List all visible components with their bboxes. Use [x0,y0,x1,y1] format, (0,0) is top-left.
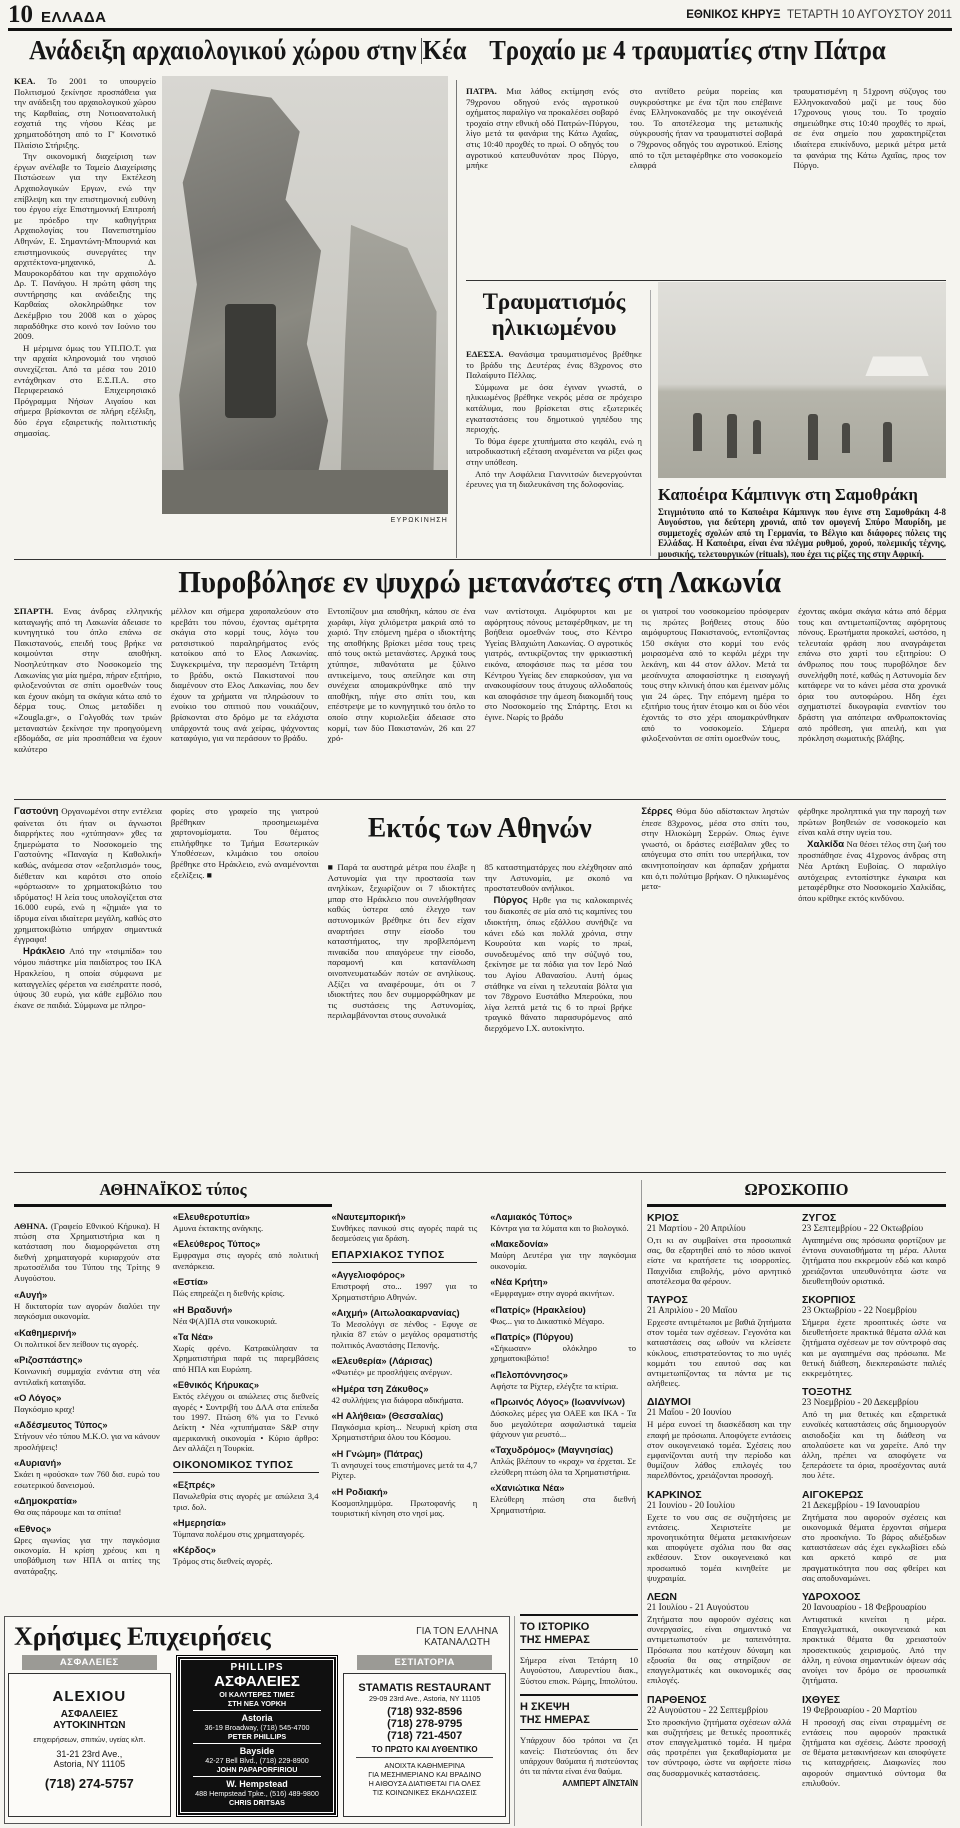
press-text: Παγκόσμιο κραχ! [14,1404,160,1414]
sign-text: Στο προσκήνιο ζητήματα σχέσεων αλλά και … [647,1717,791,1778]
regional-shorts: Εκτός των Αθηνών Γαστούνη Οργανωμένοι στ… [14,806,946,1168]
photo-credit: ΕΥΡΩΚΙΝΗΣΗ [162,517,448,524]
press-text: Παγκόσμια κρίση... Νευρική κρίση στα Χρη… [332,1422,478,1443]
ads-title-row: Χρήσιμες Επιχειρήσεις ΓΙΑ ΤΟΝ ΕΛΛΗΝΑ ΚΑΤ… [8,1619,506,1655]
press-name: «Πελοπόννησος» [490,1370,636,1381]
press-name: «Ναυτεμπορική» [332,1212,478,1223]
rule [14,1172,946,1173]
sign-text: Σήμερα έχετε προοπτικές ώστε να διευθετή… [802,1317,946,1378]
press-text: Κόντρα για τα λύματα και το βιολογικό. [490,1223,636,1233]
sign-text: Ερχεστε αντιμέτωποι με βαθιά ζητήματα στ… [647,1317,791,1388]
press-item: «Χανιώτικα Νέα»Ελεύθερη πτώση στα διεθνή… [490,1483,636,1515]
issue-date: ΤΕΤΑΡΤΗ 10 ΑΥΓΟΥΣΤΟΥ 2011 [787,9,952,21]
phillips-ad[interactable]: PHILLIPS ΑΣΦΑΛΕΙΕΣ ΟΙ ΚΑΛΥΤΕΡΕΣ ΤΙΜΕΣ ΣΤ… [176,1655,339,1817]
press-item: «Ελεύθερος Τύπος»Εμφραγμα στις αγορές απ… [173,1239,319,1271]
press-item: «Εστία»Πώς επηρεάζει η διεθνής κρίσις. [173,1277,319,1298]
classified-ads: Χρήσιμες Επιχειρήσεις ΓΙΑ ΤΟΝ ΕΛΛΗΝΑ ΚΑΤ… [4,1616,510,1824]
page-number: 10 [8,1,33,28]
advertiser-name: ALEXIOU [11,1688,168,1705]
person-silhouette [808,414,818,460]
press-item: «Ελευθερία» (Λάρισας)«Φωτιές» με προσλήψ… [332,1356,478,1377]
press-name: «Αδέσμευτος Τύπος» [14,1420,160,1431]
press-name: «Πατρίς» (Ηρακλείου) [490,1305,636,1316]
section-name: ΕΛΛΑΔΑ [41,9,106,26]
press-name: «Ελευθεροτυπία» [173,1212,319,1223]
press-text: Σκάει η «φούσκα» των 760 δισ. ευρώ του ε… [14,1469,160,1490]
sign-dates: 21 Μαΐου - 20 Ιουνίου [647,1408,791,1419]
horoscope-header: ΩΡΟΣΚΟΠΙΟ [647,1180,946,1207]
horoscope-sign: ΔΙΔΥΜΟΙ21 Μαΐου - 20 ΙουνίουΗ μέρα ευνοε… [647,1396,791,1480]
press-text: Εκτός ελέγχου οι απώλειες στις διεθνείς … [173,1391,319,1453]
sign-dates: 21 Μαρτίου - 20 Απριλίου [647,1224,791,1235]
kea-paragraph: Την οικονομική διαχείριση των έργων ανέλ… [14,151,156,342]
short-item: 85 καταστηματάρχες που ελέχθησαν από την… [484,862,632,894]
press-item: «Εθνος»Ωρες αγωνίας για την παγκόσμια οι… [14,1524,160,1577]
phone-number: (718) 721-4507 [346,1730,503,1742]
sign-name: ΖΥΓΟΣ [802,1212,946,1224]
press-column: «Λαμιακός Τύπος»Κόντρα για τα λύματα και… [490,1212,636,1610]
horoscope-sign: ΚΑΡΚΙΝΟΣ21 Ιουνίου - 20 ΙουλίουΕχετε το … [647,1489,791,1583]
edessa-paragraph: Το θύμα έφερε χτυπήματα στο κεφάλι, ενώ … [466,436,642,468]
short-item: Σέρρες Θύμα δύο αδίστακτων ληστών έπεσε … [641,806,789,892]
horoscope-sign: ΥΔΡΟΧΟΟΣ20 Ιανουαρίου - 18 ΦεβρουαρίουΑν… [802,1591,946,1685]
press-text: Κοινωνική συμμαχία ενάντια στη νέα αντιλ… [14,1366,160,1387]
patra-column: τραυματισμένη η 51χρονη σύζυγος του Ελλη… [793,86,946,276]
masthead: 10ΕΛΛΑΔΑ ΕΘΝΙΚΟΣ ΚΗΡΥΞ ΤΕΤΑΡΤΗ 10 ΑΥΓΟΥΣ… [8,2,952,28]
horoscope-sign: ΣΚΟΡΠΙΟΣ23 Οκτωβρίου - 22 ΝοεμβρίουΣήμερ… [802,1294,946,1378]
skepsi-text: Υπάρχουν δύο τρόποι να ζει κανείς: Πιστε… [520,1735,638,1777]
shorts-column: φέρθηκε προληπτικά για την παροχή των πρ… [798,806,946,1168]
press-name: «Εξπρές» [173,1480,319,1491]
sign-name: ΙΧΘΥΕΣ [802,1694,946,1706]
press-item: «Εθνικός Κήρυκας»Εκτός ελέγχου οι απώλει… [173,1380,319,1453]
horoscope: ΚΡΙΟΣ21 Μαρτίου - 20 ΑπριλίουΟ,τι κι αν … [647,1212,946,1826]
short-item: φορίες στο γραφείο της γιατρού βρέθηκαν … [171,806,319,880]
press-text: Πανωλεθρία στις αγορές με απώλεια 3,4 τρ… [173,1491,319,1512]
press-text: Στήνουν νέο τύπου Μ.Κ.Ο. για να κάνουν π… [14,1431,160,1452]
edessa-headline: Τραυματισμός ηλικιωμένου [466,289,642,341]
person-silhouette [883,422,892,462]
press-name: «Λαμιακός Τύπος» [490,1212,636,1223]
press-item: «Η Ροδιακή»Κοσμοπλημμύρα. Πρωτοφανής η τ… [332,1487,478,1519]
press-name: «Η Βραδυνή» [173,1305,319,1316]
kea-photo [162,76,448,514]
press-name: «Εθνος» [14,1524,160,1535]
press-name: «Αιχμή» (Αιτωλοακαρνανίας) [332,1308,478,1319]
press-name: «Ημέρα τση Ζάκυθος» [332,1384,478,1395]
masthead-right: ΕΘΝΙΚΟΣ ΚΗΡΥΞ ΤΕΤΑΡΤΗ 10 ΑΥΓΟΥΣΤΟΥ 2011 [686,2,952,28]
horoscope-sign: ΚΡΙΟΣ21 Μαρτίου - 20 ΑπριλίουΟ,τι κι αν … [647,1212,791,1286]
press-text: Πώς επηρεάζει η διεθνής κρίσις. [173,1288,319,1298]
sign-text: Ο,τι κι αν συμβαίνει στα προσωπικά σας, … [647,1235,791,1286]
sign-name: ΚΑΡΚΙΝΟΣ [647,1489,791,1501]
press-item: «Αυριανή»Σκάει η «φούσκα» των 760 δισ. ε… [14,1458,160,1490]
sign-text: Αγαπημένα σας πρόσωπα φορτίζουν με έντον… [802,1235,946,1286]
sign-name: ΛΕΩΝ [647,1591,791,1603]
short-item: Χαλκίδα Να θέσει τέλος στη ζωή του προσπ… [798,839,946,904]
restaurant-ad-column: ΕΣΤΙΑΤΟΡΙΑ STAMATIS RESTAURANT 29-09 23r… [343,1655,506,1817]
istoriko-title: ΤΟ ΙΣΤΟΡΙΚΟ ΤΗΣ ΗΜΕΡΑΣ [520,1621,638,1650]
press-name: «Χανιώτικα Νέα» [490,1483,636,1494]
istoriko-text: Σήμερα είναι Τετάρτη 10 Αυγούστου, Λαυρε… [520,1655,638,1686]
press-name: «Ελευθερία» (Λάρισας) [332,1356,478,1367]
press-text: Χωρίς φρένο. Κατρακύλησαν τα Χρηματιστήρ… [173,1343,319,1374]
press-item: «Καθημερινή»Οι πολιτικοί δεν πείθουν τις… [14,1328,160,1349]
paper-name: ΕΘΝΙΚΟΣ ΚΗΡΥΞ [686,9,780,21]
kea-article: ΚΕΑ. Το 2001 το υπουργείο Πολιτισμού ξεκ… [14,76,156,558]
skepsi-title: Η ΣΚΕΨΗ ΤΗΣ ΗΜΕΡΑΣ [520,1701,638,1730]
horoscope-sign: ΠΑΡΘΕΝΟΣ22 Αυγούστου - 22 ΣεπτεμβρίουΣτο… [647,1694,791,1778]
sign-text: Από τη μια θετικές και εξαιρετικά ευνοϊκ… [802,1409,946,1480]
press-name: «Ταχυδρόμος» (Μαγνησίας) [490,1445,636,1456]
press-name: «Πατρίς» (Πύργου) [490,1332,636,1343]
kea-headline: Ανάδειξη αρχαιολογικού χώρου στην Κέα [10,33,414,67]
press-text: Η δικτατορία των αγορών διαλύει την παγκ… [14,1301,160,1322]
samothraki-headline: Καποέιρα Κάμπινγκ στη Σαμοθράκη [658,485,946,505]
press-section-header: ΕΠΑΡΧΙΑΚΟΣ ΤΥΠΟΣ [332,1250,478,1263]
press-name: «Ο Λόγος» [14,1393,160,1404]
newspaper-page: 10ΕΛΛΑΔΑ ΕΘΝΙΚΟΣ ΚΗΡΥΞ ΤΕΤΑΡΤΗ 10 ΑΥΓΟΥΣ… [0,0,960,1828]
sign-dates: 22 Αυγούστου - 22 Σεπτεμβρίου [647,1706,791,1717]
press-text: Αφήστε τα Ρίχτερ, ελέγξτε τα κτίρια. [490,1381,636,1391]
press-item: «Μακεδονία»Μαύρη Δευτέρα για την παγκόσμ… [490,1239,636,1271]
sign-name: ΚΡΙΟΣ [647,1212,791,1224]
sign-dates: 21 Δεκεμβρίου - 19 Ιανουαρίου [802,1501,946,1512]
press-name: «Η Ροδιακή» [332,1487,478,1498]
sign-dates: 20 Ιανουαρίου - 18 Φεβρουαρίου [802,1603,946,1614]
ruins-shape [179,89,356,514]
press-text: Απλώς βλέπουν το «κραχ» να έρχεται. Σε ε… [490,1456,636,1477]
press-text: Οι πολιτικοί δεν πείθουν τις αγορές. [14,1339,160,1349]
phillips-ad-column: PHILLIPS ΑΣΦΑΛΕΙΕΣ ΟΙ ΚΑΛΥΤΕΡΕΣ ΤΙΜΕΣ ΣΤ… [176,1655,339,1817]
press-item: «Αγγελιοφόρος»Επιστροφή στο... 1997 για … [332,1270,478,1302]
shorts-column: Σέρρες Θύμα δύο αδίστακτων ληστών έπεσε … [641,806,789,1168]
person-silhouette [727,414,737,458]
lakonia-column: Εντοπίζουν μια αποθήκη, κάπου σε ένα χωρ… [328,606,476,796]
press-item: «Ο Λόγος»Παγκόσμιο κραχ! [14,1393,160,1414]
press-name: «Κέρδος» [173,1545,319,1556]
sign-name: ΤΟΞΟΤΗΣ [802,1386,946,1398]
person-silhouette [842,423,850,453]
press-text: Τι ανησυχεί τους επιστήμονες μετά τα 4,7… [332,1460,478,1481]
samothraki-caption: Στιγμιότυπο από το Καποέιρα Κάμπινγκ που… [658,507,946,559]
press-text: Κοσμοπλημμύρα. Πρωτοφανής η τουριστική κ… [332,1498,478,1519]
short-item: ■ Παρά τα αυστηρά μέτρα που έλαβε η Αστυ… [328,862,476,1021]
sign-dates: 23 Νοεμβρίου - 20 Δεκεμβρίου [802,1398,946,1409]
horoscope-sign: ΤΟΞΟΤΗΣ23 Νοεμβρίου - 20 ΔεκεμβρίουΑπό τ… [802,1386,946,1480]
press-text: Τρόμος στις διεθνείς αγορές. [173,1556,319,1566]
press-section-header: ΟΙΚΟΝΟΜΙΚΟΣ ΤΥΠΟΣ [173,1460,319,1473]
press-text: Το Μεσολόγγι σε πένθος - Εφυγε σε ηλικία… [332,1319,478,1350]
press-name: «Πρωινός Λόγος» (Ιωαννίνων) [490,1397,636,1408]
shorts-column: Γαστούνη Οργανωμένοι στην εντέλεια φαίνε… [14,806,162,1168]
person-silhouette [693,413,702,451]
rule [520,1614,638,1616]
sign-name: ΔΙΔΥΜΟΙ [647,1396,791,1408]
lakonia-column: οι γιατροί του νοσοκομείου πρόσφεραν τις… [641,606,789,796]
press-text: Θα σας πάρουμε και τα σπίτια! [14,1507,160,1517]
sign-dates: 23 Οκτωβρίου - 22 Νοεμβρίου [802,1306,946,1317]
lakonia-article: ΣΠΑΡΤΗ. Ενας άνδρας ελληνικής καταγωγής … [14,606,946,796]
press-text: 42 συλλήψεις για διάφορα αδικήματα. [332,1395,478,1405]
press-text: «Σήκωσαν» ολόκληρο το χρηματοκιβώτιο! [490,1343,636,1364]
press-item: «Πρωινός Λόγος» (Ιωαννίνων)Δύσκολες μέρε… [490,1397,636,1439]
sign-text: Η μέρα ευνοεί τη διασκέδαση και την επαφ… [647,1419,791,1480]
press-item: «Ταχυδρόμος» (Μαγνησίας)Απλώς βλέπουν το… [490,1445,636,1477]
press-name: «Η Γνώμη» (Πάτρας) [332,1449,478,1460]
press-text: Επιστροφή στο... 1997 για το Χρηματιστήρ… [332,1281,478,1302]
lakonia-headline: Πυροβόλησε εν ψυχρώ μετανάστες στη Λακων… [14,562,946,602]
photo-ground [162,470,448,514]
sign-text: Εχετε το νου σας σε συζητήσεις με εντάσε… [647,1512,791,1583]
rule [466,280,946,281]
press-item: «Η Αλήθεια» (Θεσσαλίας)Παγκόσμια κρίση..… [332,1411,478,1443]
ads-subtitle: ΓΙΑ ΤΟΝ ΕΛΛΗΝΑ ΚΑΤΑΝΑΛΩΤΗ [416,1626,506,1648]
press-text: Αμυνα έκτακτης ανάγκης. [173,1223,319,1233]
press-item: «Ημερησία»Τύμπανα πολέμου στις χρηματαγο… [173,1518,319,1539]
press-text: Νέα Φ(Α)ΠΑ στα νοικοκυριά. [173,1316,319,1326]
patra-article: ΠΑΤΡΑ. Μια λάθος εκτίμηση ενός 79χρονου … [466,86,946,276]
press-name: «Μακεδονία» [490,1239,636,1250]
kea-paragraph: Η μέριμνα όμως του ΥΠ.ΠΟ.Τ. για την αρχα… [14,343,156,438]
press-item: «Ριζοσπάστης»Κοινωνική συμμαχία ενάντια … [14,1355,160,1387]
patra-column: ΠΑΤΡΑ. Μια λάθος εκτίμηση ενός 79χρονου … [466,86,619,276]
press-item: «Κέρδος»Τρόμος στις διεθνείς αγορές. [173,1545,319,1566]
skepsi-attribution: ΑΛΜΠΕΡΤ ΑΪΝΣΤΑΪΝ [520,1779,638,1788]
press-name: «Αυγή» [14,1290,160,1301]
sign-dates: 21 Ιουλίου - 21 Αυγούστου [647,1603,791,1614]
section-divider [456,80,457,558]
horoscope-column: ΚΡΙΟΣ21 Μαρτίου - 20 ΑπριλίουΟ,τι κι αν … [647,1212,791,1826]
press-text: Τύμπανα πολέμου στις χρηματαγορές. [173,1529,319,1539]
press-item: «Πατρίς» (Ηρακλείου)Φως... για το Δικαστ… [490,1305,636,1326]
press-name: «Ελεύθερος Τύπος» [173,1239,319,1250]
press-name: «Αυριανή» [14,1458,160,1469]
press-text: Φως... για το Δικαστικό Μέγαρο. [490,1316,636,1326]
sign-name: ΠΑΡΘΕΝΟΣ [647,1694,791,1706]
press-text: «Εμφραγμα» στην αγορά ακινήτων. [490,1288,636,1298]
shorts-column: φορίες στο γραφείο της γιατρού βρέθηκαν … [171,806,319,1168]
press-item: «Ναυτεμπορική»Συνθήκες πανικού στις αγορ… [332,1212,478,1244]
press-name: «Τα Νέα» [173,1332,319,1343]
press-text: Ελεύθερη πτώση στα διεθνή Χρηματιστήρια. [490,1494,636,1515]
press-item: «Πελοπόννησος»Αφήστε τα Ρίχτερ, ελέγξτε … [490,1370,636,1391]
sign-name: ΣΚΟΡΠΙΟΣ [802,1294,946,1306]
press-name: «Η Αλήθεια» (Θεσσαλίας) [332,1411,478,1422]
masthead-rule [8,28,952,31]
press-item: «Τα Νέα»Χωρίς φρένο. Κατρακύλησαν τα Χρη… [173,1332,319,1374]
press-name: «Νέα Κρήτη» [490,1277,636,1288]
category-header: ΕΣΤΙΑΤΟΡΙΑ [357,1655,492,1670]
press-review: ΑΘΗΝΑ. (Γραφείο Εθνικού Κήρυκα). Η πτώση… [14,1212,636,1610]
press-text: «Φωτιές» με προσλήψεις ανέργων. [332,1367,478,1377]
divider [193,1710,322,1711]
sign-dates: 19 Φεβρουαρίου - 20 Μαρτίου [802,1706,946,1717]
press-item: «Η Γνώμη» (Πάτρας)Τι ανησυχεί τους επιστ… [332,1449,478,1481]
press-name: «Δημοκρατία» [14,1496,160,1507]
phone-number: (718) 274-5757 [11,1776,168,1791]
press-name: «Εθνικός Κήρυκας» [173,1380,319,1391]
patra-headline: Τροχαίο με 4 τραυματίες στην Πάτρα [428,33,948,67]
divider [356,1757,493,1758]
phone-number: (718) 932-8596 [346,1706,503,1718]
lakonia-column: έχοντας ακόμα σκάγια κάτω από δέρμα τους… [798,606,946,796]
press-column: «Ελευθεροτυπία»Αμυνα έκτακτης ανάγκης.«Ε… [173,1212,319,1610]
sign-name: ΥΔΡΟΧΟΟΣ [802,1591,946,1603]
lakonia-column: μέλλον και σήμερα χαροπαλεύουν στο κρεβά… [171,606,319,796]
press-name: «Ημερησία» [173,1518,319,1529]
press-horoscope-divider [641,1180,642,1826]
sign-text: Ζητήματα που αφορούν σχέσεις και οικονομ… [802,1512,946,1583]
press-name: «Εστία» [173,1277,319,1288]
press-name: «Ριζοσπάστης» [14,1355,160,1366]
ads-title: Χρήσιμες Επιχειρήσεις [8,1622,416,1652]
press-text: Συνθήκες πανικού στις αγορές παρά τις δε… [332,1223,478,1244]
sign-dates: 21 Απριλίου - 20 Μαΐου [647,1306,791,1317]
athens-press-header: ΑΘΗΝΑΪΚΟΣ τύπος [14,1180,332,1207]
press-item: «Η Βραδυνή»Νέα Φ(Α)ΠΑ στα νοικοκυριά. [173,1305,319,1326]
press-item: «Λαμιακός Τύπος»Κόντρα για τα λύματα και… [490,1212,636,1233]
sign-name: ΤΑΥΡΟΣ [647,1294,791,1306]
sign-text: Ζητήματα που αφορούν σχέσεις και συνεργα… [647,1614,791,1685]
horoscope-column: ΖΥΓΟΣ23 Σεπτεμβρίου - 22 ΟκτωβρίουΑγαπημ… [802,1212,946,1826]
press-item: «Εξπρές»Πανωλεθρία στις αγορές με απώλει… [173,1480,319,1512]
press-item: «Αδέσμευτος Τύπος»Στήνουν νέο τύπου Μ.Κ.… [14,1420,160,1452]
short-item: φέρθηκε προληπτικά για την παροχή των πρ… [798,806,946,838]
press-item: ΟΙΚΟΝΟΜΙΚΟΣ ΤΥΠΟΣ [173,1460,319,1473]
lakonia-column: νων αντίστοιχα. Αιμόφυρτοι και με αφόρητ… [484,606,632,796]
sign-dates: 21 Ιουνίου - 20 Ιουλίου [647,1501,791,1512]
istoriko-column: ΤΟ ΙΣΤΟΡΙΚΟ ΤΗΣ ΗΜΕΡΑΣ Σήμερα είναι Τετά… [520,1614,638,1826]
edessa-paragraph: ΕΔΕΣΣΑ. Θανάσιμα τραυματισμένος βρέθηκε … [466,349,642,381]
headline-divider [421,38,422,64]
press-column: «Ναυτεμπορική»Συνθήκες πανικού στις αγορ… [332,1212,478,1610]
divider [193,1743,322,1744]
press-name: «Αγγελιοφόρος» [332,1270,478,1281]
press-column: ΑΘΗΝΑ. (Γραφείο Εθνικού Κήρυκα). Η πτώση… [14,1212,160,1610]
phone-number: (718) 278-9795 [346,1718,503,1730]
edessa-article: Τραυματισμός ηλικιωμένου ΕΔΕΣΣΑ. Θανάσιμ… [466,287,642,558]
ads-divider [514,1616,515,1826]
sign-name: ΑΙΓΟΚΕΡΩΣ [802,1489,946,1501]
press-text: Δύσκολες μέρες για ΟΑΕΕ και ΙΚΑ - Τα δυο… [490,1408,636,1439]
press-item: «Δημοκρατία»Θα σας πάρουμε και τα σπίτια… [14,1496,160,1517]
press-item: «Νέα Κρήτη»«Εμφραγμα» στην αγορά ακινήτω… [490,1277,636,1298]
column-divider [650,290,651,556]
press-intro: ΑΘΗΝΑ. (Γραφείο Εθνικού Κήρυκα). Η πτώση… [14,1221,160,1283]
press-text: Μαύρη Δευτέρα για την παγκόσμια οικονομί… [490,1250,636,1271]
stamatis-ad[interactable]: STAMATIS RESTAURANT 29-09 23rd Ave., Ast… [343,1673,506,1817]
horoscope-sign: ΖΥΓΟΣ23 Σεπτεμβρίου - 22 ΟκτωβρίουΑγαπημ… [802,1212,946,1286]
sign-text: Η προσοχή σας είναι στραμμένη σε εντάσει… [802,1717,946,1788]
horoscope-sign: ΛΕΩΝ21 Ιουλίου - 21 ΑυγούστουΖητήματα πο… [647,1591,791,1685]
short-item: Γαστούνη Οργανωμένοι στην εντέλεια φαίνε… [14,806,162,945]
edessa-paragraph: Σύμφωνα με όσα έγιναν γνωστά, ο ηλικιωμέ… [466,382,642,435]
kea-paragraph: ΚΕΑ. Το 2001 το υπουργείο Πολιτισμού ξεκ… [14,76,156,150]
press-item: «Πατρίς» (Πύργου)«Σήκωσαν» ολόκληρο το χ… [490,1332,636,1364]
insurance-ad-column: ΑΣΦΑΛΕΙΕΣ ALEXIOU ΑΣΦΑΛΕΙΕΣ ΑΥΤΟΚΙΝΗΤΩΝ … [8,1655,171,1817]
horoscope-sign: ΙΧΘΥΕΣ19 Φεβρουαρίου - 20 ΜαρτίουΗ προσο… [802,1694,946,1788]
press-item: «Ελευθεροτυπία»Αμυνα έκτακτης ανάγκης. [173,1212,319,1233]
press-item: «Ημέρα τση Ζάκυθος»42 συλλήψεις για διάφ… [332,1384,478,1405]
short-item: Ηράκλειο Από την «τσιμπίδα» του νόμου πι… [14,946,162,1011]
divider [193,1776,322,1777]
shorts-column: 85 καταστηματάρχες που ελέχθησαν από την… [484,806,632,1168]
ruins-doorway [225,304,276,418]
alexiou-ad[interactable]: ALEXIOU ΑΣΦΑΛΕΙΕΣ ΑΥΤΟΚΙΝΗΤΩΝ επιχειρήσε… [8,1673,171,1817]
samothraki-photo [658,282,946,478]
press-item: ΕΠΑΡΧΙΑΚΟΣ ΤΥΠΟΣ [332,1250,478,1263]
category-header: ΑΣΦΑΛΕΙΕΣ [22,1655,157,1670]
lakonia-column: ΣΠΑΡΤΗ. Ενας άνδρας ελληνικής καταγωγής … [14,606,162,796]
horoscope-sign: ΤΑΥΡΟΣ21 Απριλίου - 20 ΜαΐουΕρχεστε αντι… [647,1294,791,1388]
horoscope-sign: ΑΙΓΟΚΕΡΩΣ21 Δεκεμβρίου - 19 ΙανουαρίουΖη… [802,1489,946,1583]
rule [14,799,946,800]
press-text: Εμφραγμα στις αγορές από πολιτική ανεπάρ… [173,1250,319,1271]
shorts-column: ■ Παρά τα αυστηρά μέτρα που έλαβε η Αστυ… [328,806,476,1168]
press-item: «Αιχμή» (Αιτωλοακαρνανίας)Το Μεσολόγγι σ… [332,1308,478,1350]
edessa-paragraph: Από την Ασφάλεια Γιαννιτσών διενεργούντα… [466,469,642,490]
patra-column: στο αντίθετο ρεύμα πορείας και συγκρούστ… [630,86,783,276]
sign-text: Αντιφατικά κινείται η μέρα. Επαγγελματικ… [802,1614,946,1685]
short-item: Πύργος Ηρθε για τις καλοκαιρινές του δια… [484,895,632,1034]
press-name: «Καθημερινή» [14,1328,160,1339]
person-silhouette [753,420,761,454]
advertiser-name: STAMATIS RESTAURANT [346,1682,503,1694]
rule [520,1694,638,1696]
rule [14,559,946,560]
tent-canopy [865,356,928,376]
sign-dates: 23 Σεπτεμβρίου - 22 Οκτωβρίου [802,1224,946,1235]
press-item: «Αυγή»Η δικτατορία των αγορών διαλύει τη… [14,1290,160,1322]
edessa-body: ΕΔΕΣΣΑ. Θανάσιμα τραυματισμένος βρέθηκε … [466,349,642,490]
press-text: Ωρες αγωνίας για την παγκόσμια οικονομία… [14,1535,160,1577]
